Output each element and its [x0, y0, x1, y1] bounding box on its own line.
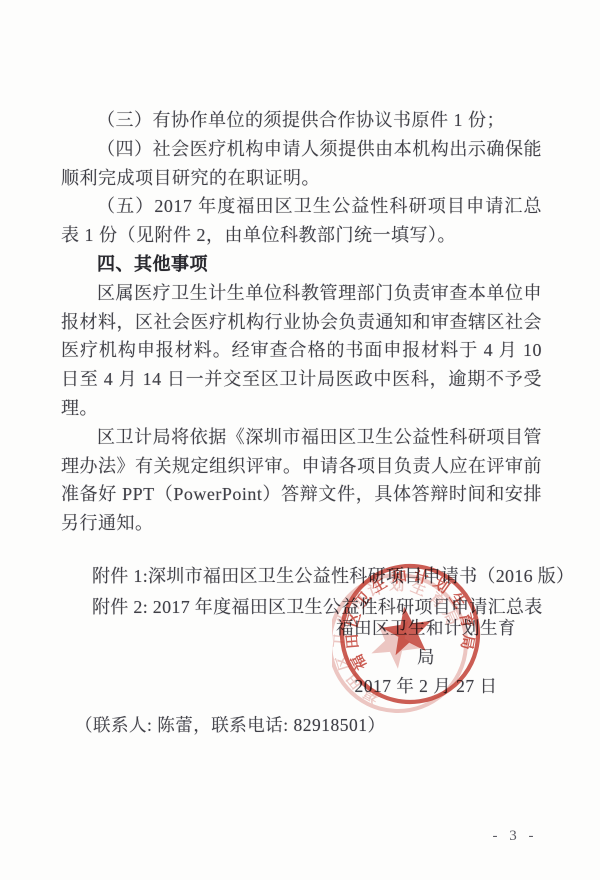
scanned-document-page: （三）有协作单位的须提供合作协议书原件 1 份； （四）社会医疗机构申请人须提供… [0, 0, 600, 880]
document-body: （三）有协作单位的须提供合作协议书原件 1 份； （四）社会医疗机构申请人须提供… [61, 106, 542, 624]
signature-agency: 福田区卫生和计划生育局 [328, 614, 524, 672]
contact-line: （联系人: 陈蕾，联系电话: 82918501） [75, 712, 385, 737]
body-paragraph-review: 区属医疗卫生计生单位科教管理部门负责审查本单位申报材料，区社会医疗机构行业协会负… [61, 279, 542, 423]
list-item-4: （四）社会医疗机构申请人须提供由本机构出示确保能顺利完成项目研究的在职证明。 [61, 135, 542, 193]
page-number: - 3 - [483, 828, 547, 845]
signature-block: 福田区卫生和计划生育局 2017 年 2 月 27 日 [328, 614, 524, 701]
section-heading: 四、其他事项 [61, 250, 542, 279]
body-paragraph-evaluation: 区卫计局将依据《深圳市福田区卫生公益性科研项目管理办法》有关规定组织评审。申请各… [61, 423, 542, 538]
list-item-3: （三）有协作单位的须提供合作协议书原件 1 份； [61, 106, 542, 135]
signature-date: 2017 年 2 月 27 日 [328, 672, 524, 701]
attachment-line-1: 附件 1:深圳市福田区卫生公益性科研项目申请书（2016 版） [92, 561, 542, 593]
list-item-5: （五）2017 年度福田区卫生公益性科研项目申请汇总表 1 份（见附件 2，由单… [61, 192, 542, 250]
